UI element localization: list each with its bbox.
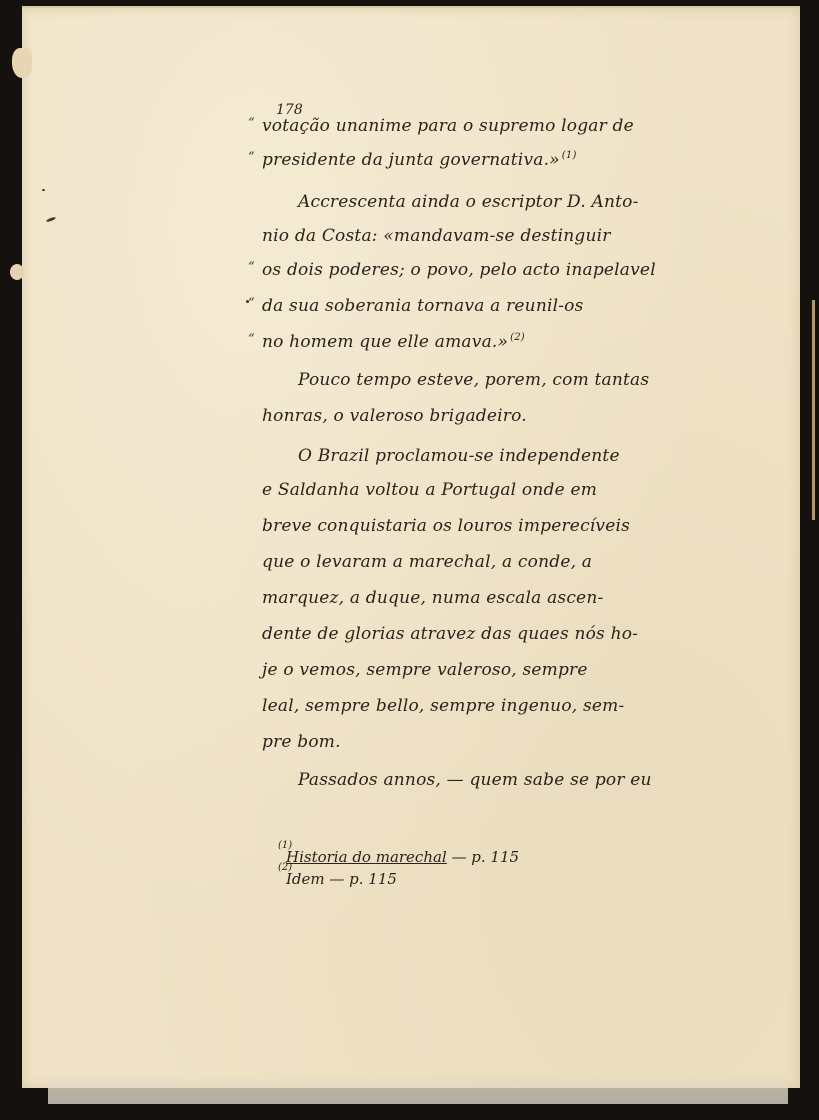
manuscript-line: Pouco tempo esteve, porem, com tantas bbox=[262, 370, 649, 390]
footnote-marker: (1) bbox=[562, 150, 577, 161]
manuscript-line: leal, sempre bello, sempre ingenuo, sem- bbox=[262, 696, 624, 716]
footnotes: (1) Historia do marechal — p. 115 (2) Id… bbox=[286, 848, 519, 892]
torn-edge-fragment bbox=[10, 264, 24, 280]
manuscript-line: dente de glorias atravez das quaes nós h… bbox=[262, 624, 638, 644]
line-text: no homem que elle amava.» bbox=[262, 332, 508, 352]
quote-mark: “ bbox=[248, 260, 255, 275]
manuscript-line: breve conquistaria os louros imperecívei… bbox=[262, 516, 630, 536]
manuscript-line: marquez, a duque, numa escala ascen- bbox=[262, 588, 603, 608]
line-text: votação unanime para o supremo logar de bbox=[262, 116, 634, 136]
line-text: da sua soberania tornava a reunil-os bbox=[262, 296, 584, 316]
line-text: os dois poderes; o povo, pelo acto inape… bbox=[262, 260, 656, 280]
line-text: honras, o valeroso brigadeiro. bbox=[262, 406, 527, 426]
manuscript-line: “no homem que elle amava.»(2) bbox=[262, 332, 525, 352]
footnote-title: Historia do marechal bbox=[286, 848, 447, 866]
torn-edge-fragment bbox=[12, 48, 32, 78]
line-text: breve conquistaria os louros imperecívei… bbox=[262, 516, 630, 536]
manuscript-line: Passados annos, — quem sabe se por eu bbox=[262, 770, 652, 790]
page-bottom-fade bbox=[48, 1082, 788, 1104]
page-edge-shadow bbox=[812, 300, 815, 520]
quote-mark: “ bbox=[248, 332, 255, 347]
manuscript-line: je o vemos, sempre valeroso, sempre bbox=[262, 660, 588, 680]
line-text: O Brazil proclamou-se independente bbox=[298, 446, 620, 466]
quote-mark: “ bbox=[248, 116, 255, 131]
paper-speck bbox=[42, 189, 45, 191]
line-text: pre bom. bbox=[262, 732, 341, 752]
footnote-marker: (2) bbox=[510, 332, 525, 343]
footnote-1: (1) Historia do marechal — p. 115 bbox=[286, 848, 519, 870]
line-text: presidente da junta governativa.» bbox=[262, 150, 560, 170]
footnote-2: (2) Idem — p. 115 bbox=[286, 870, 519, 892]
manuscript-line: e Saldanha voltou a Portugal onde em bbox=[262, 480, 597, 500]
line-text: e Saldanha voltou a Portugal onde em bbox=[262, 480, 597, 500]
line-text: marquez, a duque, numa escala ascen- bbox=[262, 588, 603, 608]
line-text: nio da Costa: «mandavam-se destinguir bbox=[262, 226, 611, 246]
manuscript-line: honras, o valeroso brigadeiro. bbox=[262, 406, 527, 426]
footnote-reference: Idem — p. 115 bbox=[286, 870, 397, 888]
footnote-number: (1) bbox=[278, 840, 292, 851]
quote-mark: “ bbox=[248, 150, 255, 165]
quote-mark: “ bbox=[248, 296, 255, 311]
manuscript-line: pre bom. bbox=[262, 732, 341, 752]
manuscript-line: “votação unanime para o supremo logar de bbox=[262, 116, 634, 136]
line-text: je o vemos, sempre valeroso, sempre bbox=[262, 660, 588, 680]
manuscript-line: que o levaram a marechal, a conde, a bbox=[262, 552, 592, 572]
line-text: dente de glorias atravez das quaes nós h… bbox=[262, 624, 638, 644]
manuscript-line: O Brazil proclamou-se independente bbox=[262, 446, 620, 466]
manuscript-line: “presidente da junta governativa.»(1) bbox=[262, 150, 577, 170]
line-text: leal, sempre bello, sempre ingenuo, sem- bbox=[262, 696, 624, 716]
footnote-number: (2) bbox=[278, 862, 292, 873]
line-text: Pouco tempo esteve, porem, com tantas bbox=[298, 370, 649, 390]
manuscript-line: “os dois poderes; o povo, pelo acto inap… bbox=[262, 260, 656, 280]
manuscript-line: Accrescenta ainda o escriptor D. Anto- bbox=[262, 192, 639, 212]
manuscript-line: “da sua soberania tornava a reunil-os bbox=[262, 296, 584, 316]
line-text: que o levaram a marechal, a conde, a bbox=[262, 552, 592, 572]
line-text: Passados annos, — quem sabe se por eu bbox=[298, 770, 652, 790]
manuscript-line: nio da Costa: «mandavam-se destinguir bbox=[262, 226, 611, 246]
line-text: Accrescenta ainda o escriptor D. Anto- bbox=[298, 192, 639, 212]
footnote-reference: — p. 115 bbox=[447, 848, 519, 866]
